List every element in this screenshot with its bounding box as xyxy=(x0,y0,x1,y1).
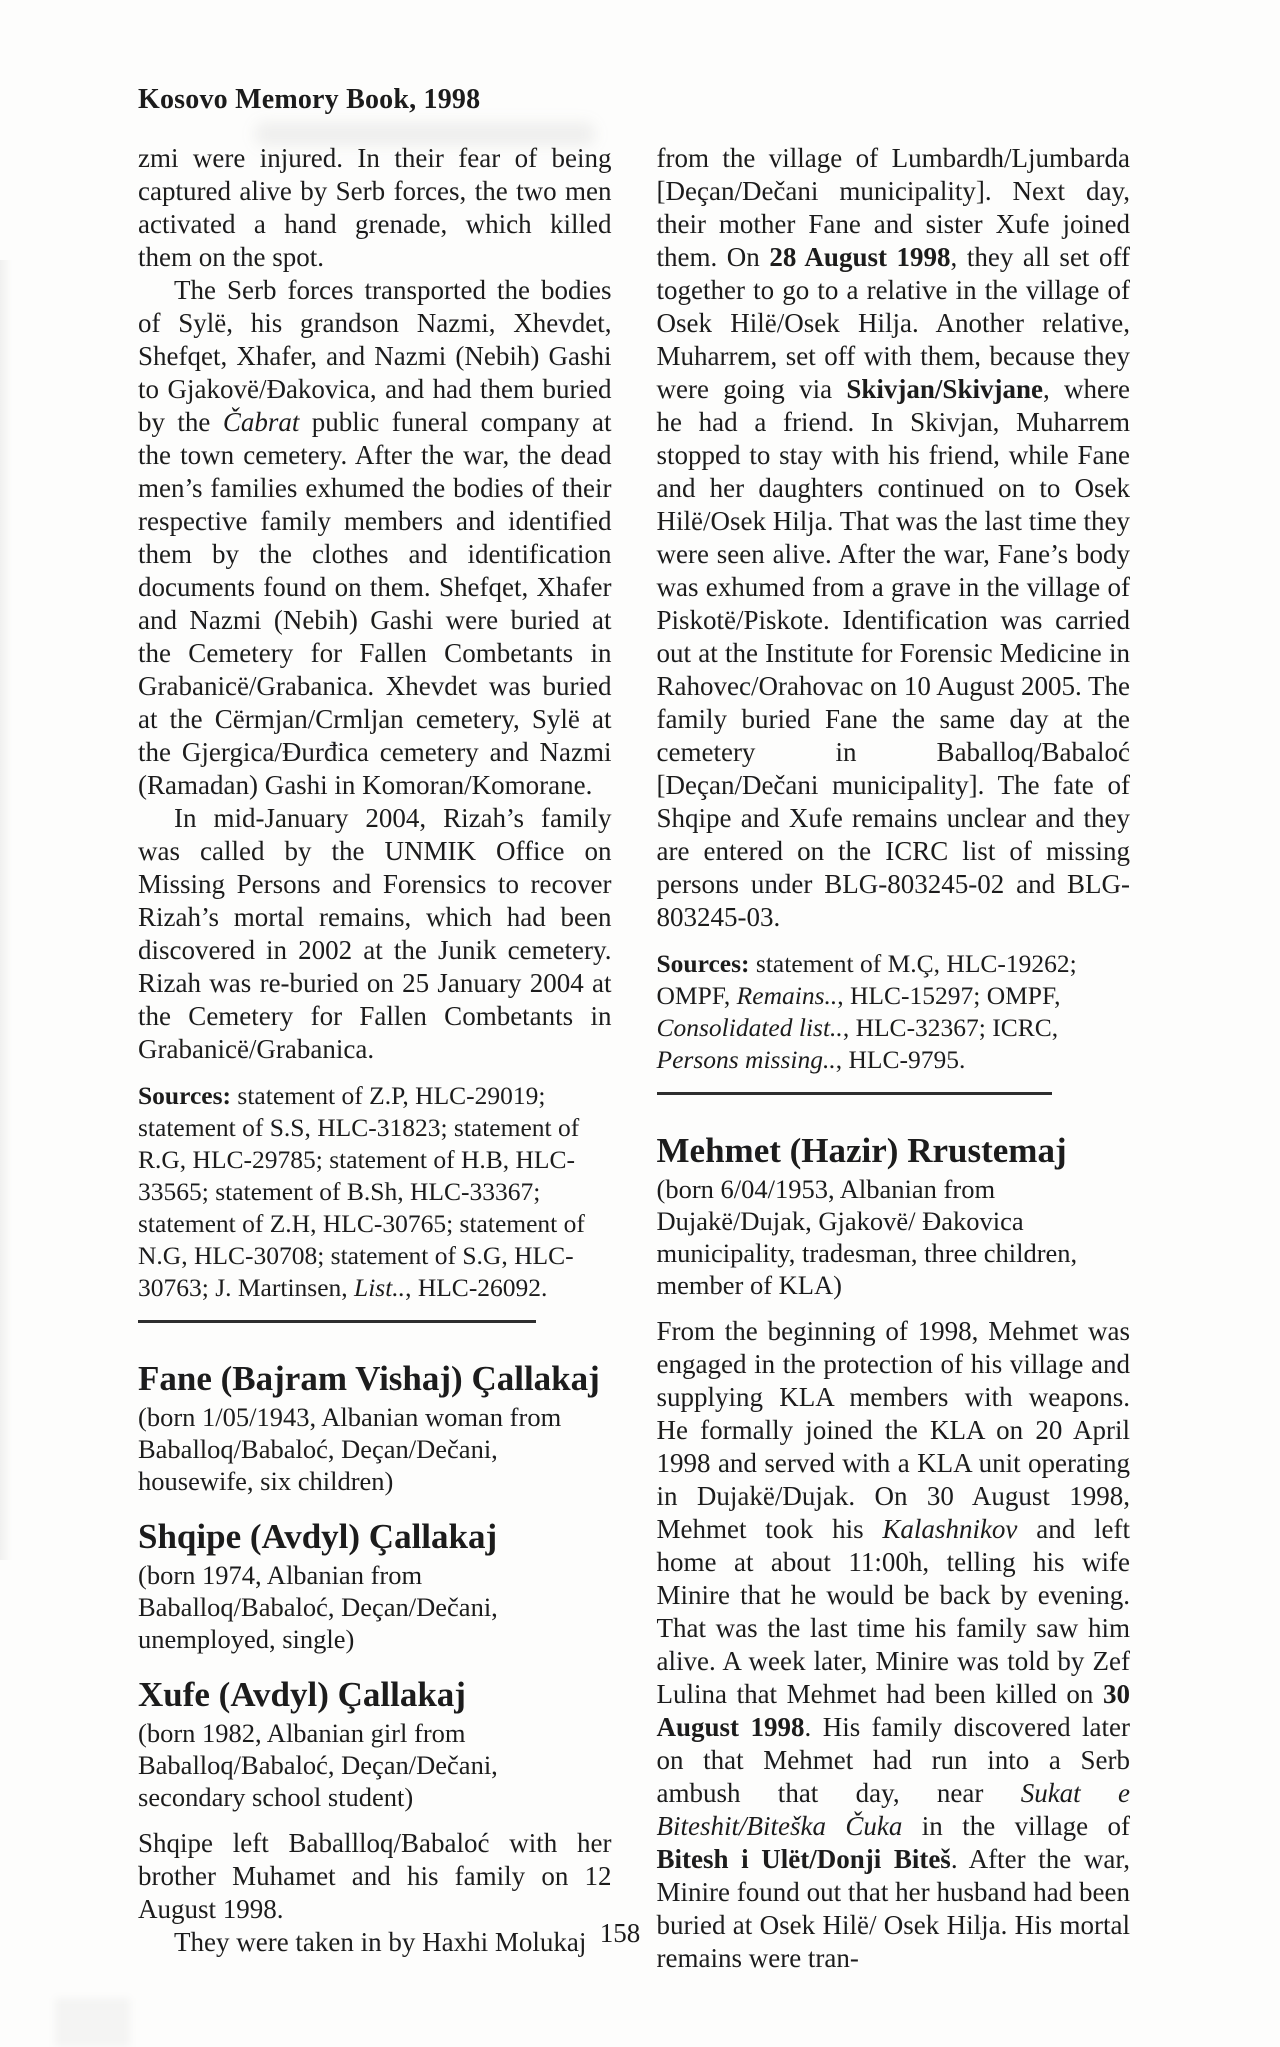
paragraph-shqipe-left: Shqipe left Baballloq/Babaloć with her b… xyxy=(138,1827,612,1926)
left-column: zmi were injured. In their fear of being… xyxy=(138,142,612,1975)
victim-entry: Fane (Bajram Vishaj) Çallakaj (born 1/05… xyxy=(138,1359,612,1497)
page-number: 158 xyxy=(0,1918,1240,1949)
text-columns: zmi were injured. In their fear of being… xyxy=(138,142,1130,1975)
entry-name: Xufe (Avdyl) Çallakaj xyxy=(138,1675,612,1715)
sources-note: Sources: statement of Z.P, HLC-29019; st… xyxy=(138,1080,612,1304)
entry-name: Fane (Bajram Vishaj) Çallakaj xyxy=(138,1359,612,1399)
victim-entry: Xufe (Avdyl) Çallakaj (born 1982, Albani… xyxy=(138,1675,612,1813)
entry-details: (born 6/04/1953, Albanian from Dujakë/Du… xyxy=(657,1173,1131,1301)
running-header: Kosovo Memory Book, 1998 xyxy=(138,84,480,116)
scan-edge-artifact xyxy=(0,260,12,1560)
section-divider xyxy=(138,1320,536,1323)
scan-smudge-artifact xyxy=(55,1998,130,2047)
entry-name: Mehmet (Hazir) Rrustemaj xyxy=(657,1131,1131,1171)
sources-note: Sources: statement of M.Ç, HLC-19262; OM… xyxy=(657,948,1131,1076)
section-divider xyxy=(657,1092,1052,1095)
entry-details: (born 1974, Albanian from Baballoq/Babal… xyxy=(138,1559,612,1655)
entry-details: (born 1982, Albanian girl from Baballoq/… xyxy=(138,1717,612,1813)
book-page: Kosovo Memory Book, 1998 zmi were injure… xyxy=(0,0,1280,2047)
paragraph-continuation: zmi were injured. In their fear of being… xyxy=(138,142,612,274)
entry-details: (born 1/05/1943, Albanian woman from Bab… xyxy=(138,1401,612,1497)
entry-name: Shqipe (Avdyl) Çallakaj xyxy=(138,1517,612,1557)
victim-entry: Mehmet (Hazir) Rrustemaj (born 6/04/1953… xyxy=(657,1131,1131,1301)
right-column: from the village of Lumbardh/Ljumbarda [… xyxy=(657,142,1131,1975)
victim-entry: Shqipe (Avdyl) Çallakaj (born 1974, Alba… xyxy=(138,1517,612,1655)
paragraph-continuation: from the village of Lumbardh/Ljumbarda [… xyxy=(657,142,1131,934)
paragraph-from-beginning: From the beginning of 1998, Mehmet was e… xyxy=(657,1315,1131,1975)
paragraph-serb-forces: The Serb forces transported the bodies o… xyxy=(138,274,612,802)
paragraph-mid-january: In mid-January 2004, Rizah’s family was … xyxy=(138,802,612,1066)
